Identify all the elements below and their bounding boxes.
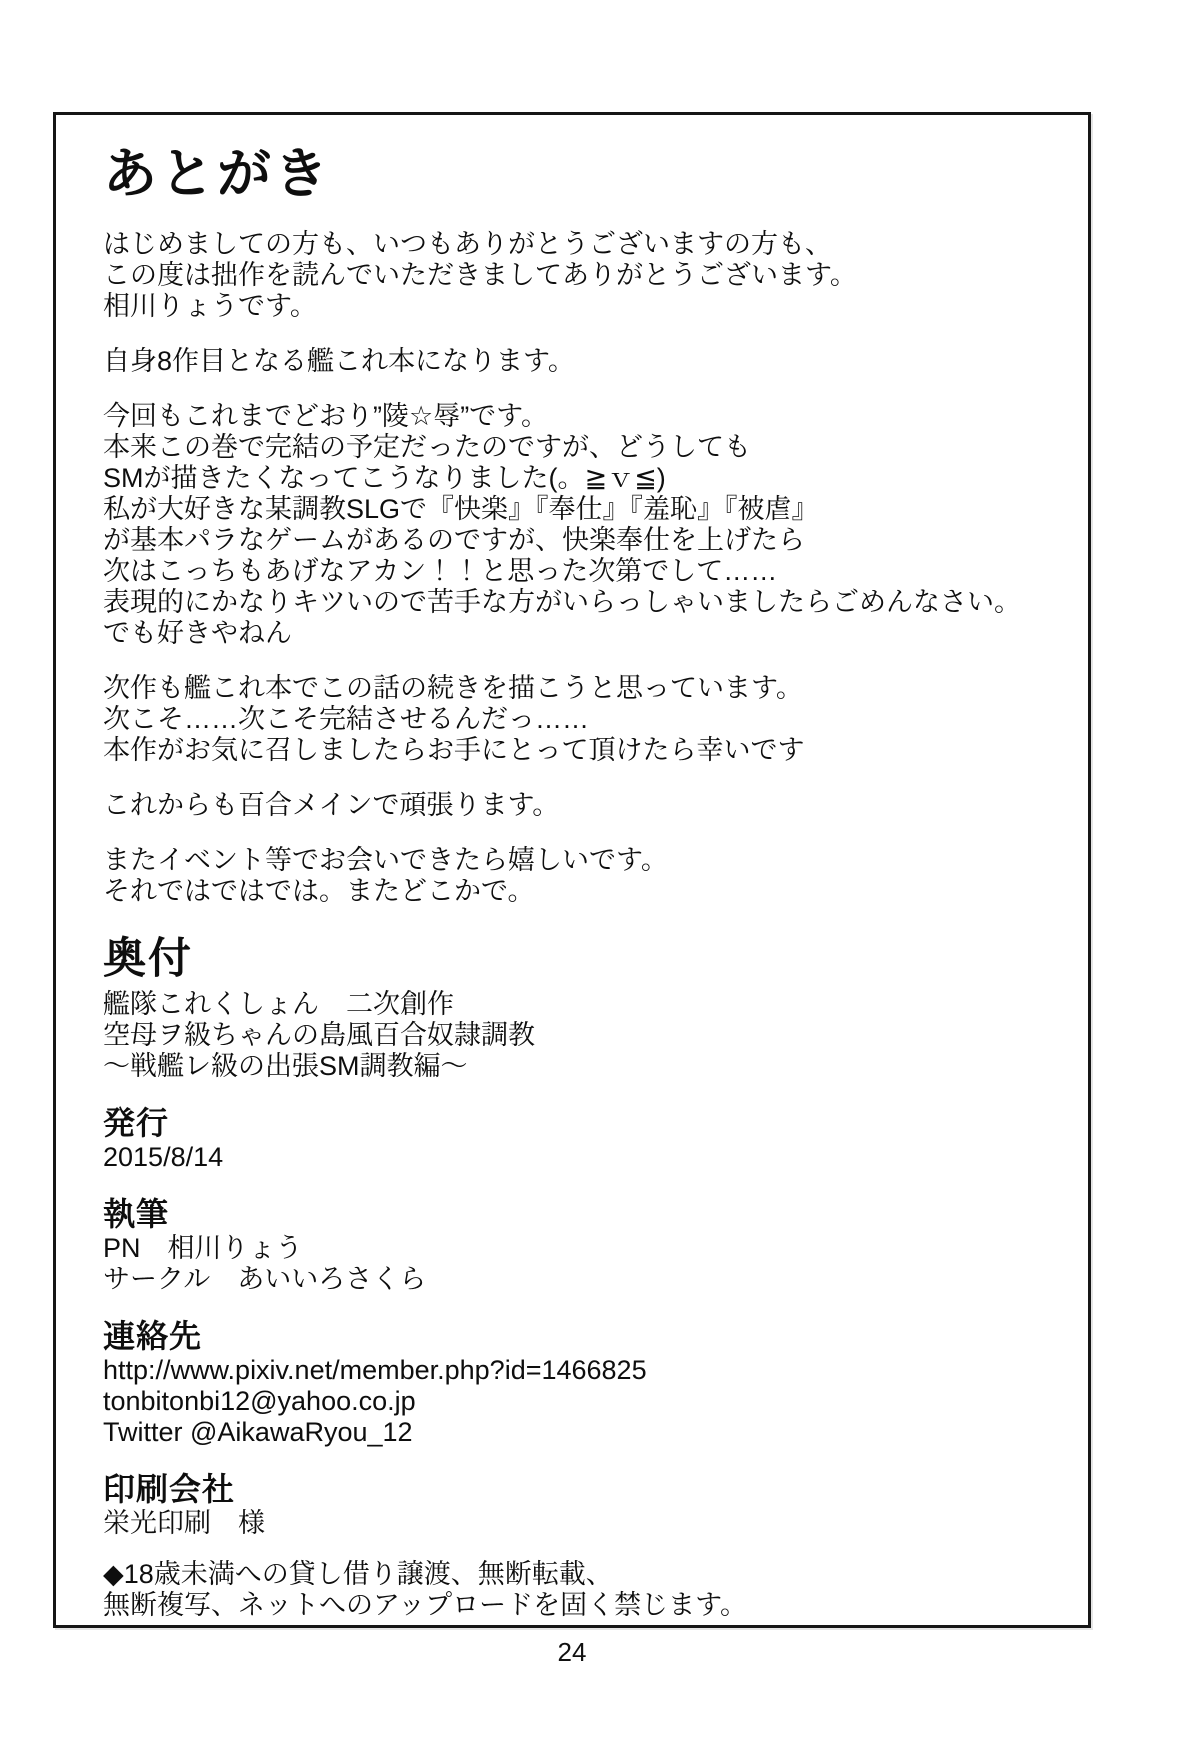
work-title-line: 空母ヲ級ちゃんの島風百合奴隷調教 xyxy=(103,1020,1060,1051)
section-heading-printer: 印刷会社 xyxy=(103,1470,1060,1508)
afterword-line: 次作も艦これ本でこの話の続きを描こうと思っています。 xyxy=(103,673,1060,704)
afterword-line: またイベント等でお会いできたら嬉しいです。 xyxy=(103,845,1060,876)
section-author: PN 相川りょう サークル あいいろさくら xyxy=(103,1233,1060,1295)
afterword-line: 私が大好きな某調教SLGで『快楽』『奉仕』『羞恥』『被虐』 xyxy=(103,494,1060,525)
page-number: 24 xyxy=(53,1637,1091,1667)
afterword-line: それではではでは。またどこかで。 xyxy=(103,876,1060,907)
work-subtitle-line: ～戦艦レ級の出張SM調教編～ xyxy=(103,1051,1060,1082)
afterword-line: 今回もこれまでどおり”陵☆辱”です。 xyxy=(103,401,1060,432)
afterword-line: 表現的にかなりキツいので苦手な方がいらっしゃいましたらごめんなさい。 xyxy=(103,587,1060,618)
section-heading-author: 執筆 xyxy=(103,1195,1060,1233)
section-heading-publication: 発行 xyxy=(103,1104,1060,1142)
notice-line: 無断複写、ネットへのアップロードを固く禁じます。 xyxy=(103,1590,1060,1621)
afterword-line: 自身8作目となる艦これ本になります。 xyxy=(103,346,1060,377)
work-franchise-line: 艦隊これくしょん 二次創作 xyxy=(103,989,1060,1020)
afterword-line: 相川りょうです。 xyxy=(103,291,1060,322)
colophon-title: 奥付 xyxy=(103,933,1060,985)
afterword-paragraph-farewell: またイベント等でお会いできたら嬉しいです。 それではではでは。またどこかで。 xyxy=(103,845,1060,907)
contact-pixiv-url: http://www.pixiv.net/member.php?id=14668… xyxy=(103,1355,1060,1386)
afterword-line: が基本パラなゲームがあるのですが、快楽奉仕を上げたら xyxy=(103,525,1060,556)
notice-line: ◆18歳未満への貸し借り譲渡、無断転載、 xyxy=(103,1559,1060,1590)
afterword-line: SMが描きたくなってこうなりました(。≧ｖ≦) xyxy=(103,463,1060,494)
afterword-paragraph-theme: 今回もこれまでどおり”陵☆辱”です。 本来この巻で完結の予定だったのですが、どう… xyxy=(103,401,1060,649)
prohibition-notice: ◆18歳未満への貸し借り譲渡、無断転載、 無断複写、ネットへのアップロードを固く… xyxy=(103,1559,1060,1621)
publication-date: 2015/8/14 xyxy=(103,1142,1060,1173)
afterword-paragraph-yuri: これからも百合メインで頑張ります。 xyxy=(103,790,1060,821)
circle-name: サークル あいいろさくら xyxy=(103,1264,1060,1295)
afterword-paragraph-greeting: はじめましての方も、いつもありがとうございますの方も、 この度は拙作を読んでいた… xyxy=(103,229,1060,322)
afterword-line: これからも百合メインで頑張ります。 xyxy=(103,790,1060,821)
pen-name: PN 相川りょう xyxy=(103,1233,1060,1264)
section-publication: 2015/8/14 xyxy=(103,1142,1060,1173)
colophon-work-info: 艦隊これくしょん 二次創作 空母ヲ級ちゃんの島風百合奴隷調教 ～戦艦レ級の出張S… xyxy=(103,989,1060,1082)
afterword-line: この度は拙作を読んでいただきましてありがとうございます。 xyxy=(103,260,1060,291)
printer-name: 栄光印刷 様 xyxy=(103,1508,1060,1539)
afterword-line: でも好きやねん xyxy=(103,618,1060,649)
afterword-line: 次はこっちもあげなアカン！！と思った次第でして…… xyxy=(103,556,1060,587)
afterword-line: 次こそ……次こそ完結させるんだっ…… xyxy=(103,704,1060,735)
afterword-paragraph-eighth-book: 自身8作目となる艦これ本になります。 xyxy=(103,346,1060,377)
section-heading-contact: 連絡先 xyxy=(103,1317,1060,1355)
contact-twitter: Twitter @AikawaRyou_12 xyxy=(103,1417,1060,1448)
afterword-title: あとがき xyxy=(103,143,1060,205)
afterword-line: はじめましての方も、いつもありがとうございますの方も、 xyxy=(103,229,1060,260)
section-printer: 栄光印刷 様 xyxy=(103,1508,1060,1539)
afterword-line: 本来この巻で完結の予定だったのですが、どうしても xyxy=(103,432,1060,463)
afterword-line: 本作がお気に召しましたらお手にとって頂けたら幸いです xyxy=(103,735,1060,766)
content-frame: あとがき はじめましての方も、いつもありがとうございますの方も、 この度は拙作を… xyxy=(53,112,1091,1628)
afterword-paragraph-next-work: 次作も艦これ本でこの話の続きを描こうと思っています。 次こそ……次こそ完結させる… xyxy=(103,673,1060,766)
scanned-afterword-page: あとがき はじめましての方も、いつもありがとうございますの方も、 この度は拙作を… xyxy=(0,0,1200,1755)
section-contact: http://www.pixiv.net/member.php?id=14668… xyxy=(103,1355,1060,1448)
contact-email: tonbitonbi12@yahoo.co.jp xyxy=(103,1386,1060,1417)
